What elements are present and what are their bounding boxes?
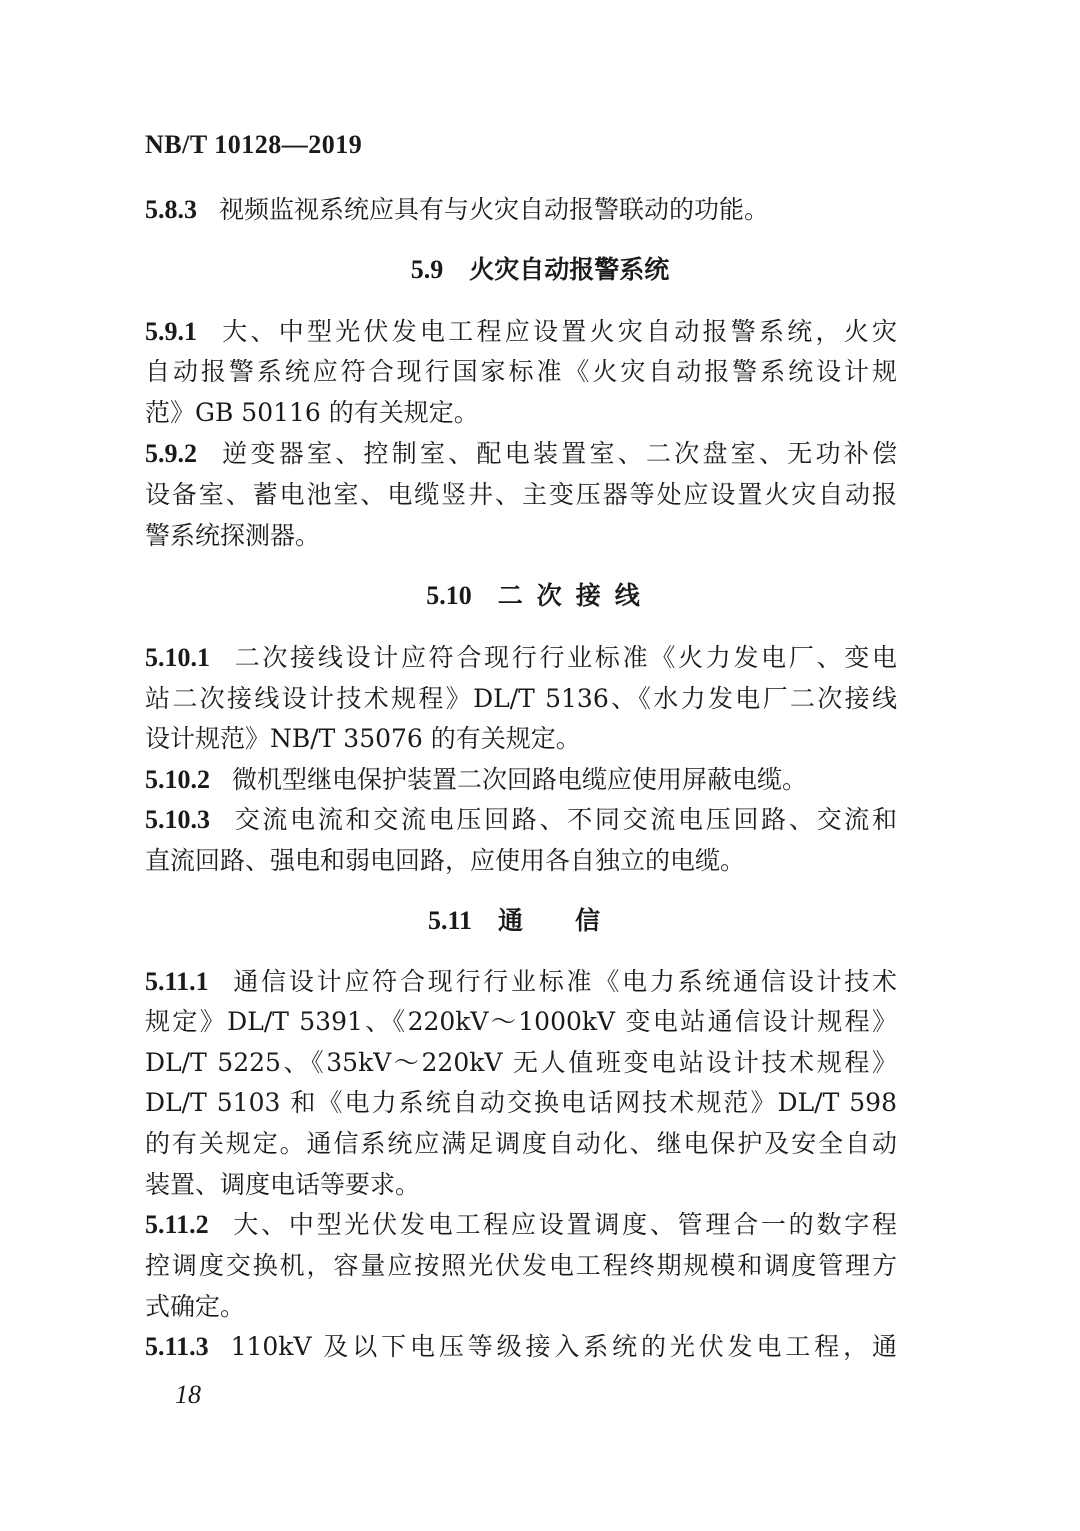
section-heading-5-10: 5.10二次接线 xyxy=(0,579,1080,613)
clause-text: 微机型继电保护装置二次回路电缆应使用屏蔽电缆。 xyxy=(232,765,807,794)
section-title: 二次接线 xyxy=(498,581,654,610)
clause-line: 控调度交换机，容量应按照光伏发电工程终期规模和调度管理方 xyxy=(145,1249,897,1283)
clause-number: 5.10.3 xyxy=(145,803,210,837)
clause-text: 视频监视系统应具有与火灾自动报警联动的功能。 xyxy=(219,195,769,224)
clause-text: 110kV 及以下电压等级接入系统的光伏发电工程，通 xyxy=(231,1332,897,1361)
clause-line: 的有关规定。通信系统应满足调度自动化、继电保护及安全自动 xyxy=(145,1127,897,1161)
clause-line: 直流回路、强电和弱电回路，应使用各自独立的电缆。 xyxy=(145,844,897,878)
clause-5-10-3: 5.10.3交流电流和交流电压回路、不同交流电压回路、交流和 xyxy=(145,803,897,837)
clause-line: 装置、调度电话等要求。 xyxy=(145,1168,897,1202)
clause-text: 大、中型光伏发电工程应设置调度、管理合一的数字程 xyxy=(231,1210,897,1239)
clause-line: 规定》DL/T 5391、《220kV～1000kV 变电站通信设计规程》 xyxy=(145,1005,897,1039)
section-number: 5.11 xyxy=(428,906,472,935)
clause-line: DL/T 5225、《35kV～220kV 无人值班变电站设计技术规程》 xyxy=(145,1046,897,1080)
section-number: 5.9 xyxy=(411,255,444,284)
section-title: 火灾自动报警系统 xyxy=(469,255,669,284)
clause-line: 站二次接线设计技术规程》DL/T 5136、《水力发电厂二次接线 xyxy=(145,682,897,716)
clause-line: DL/T 5103 和《电力系统自动交换电话网技术规范》DL/T 598 xyxy=(145,1086,897,1120)
clause-number: 5.9.1 xyxy=(145,315,197,349)
clause-number: 5.11.2 xyxy=(145,1208,209,1242)
clause-5-9-2: 5.9.2逆变器室、控制室、配电装置室、二次盘室、无功补偿 xyxy=(145,437,897,471)
clause-5-11-1: 5.11.1通信设计应符合现行行业标准《电力系统通信设计技术 xyxy=(145,965,897,999)
section-heading-5-9: 5.9火灾自动报警系统 xyxy=(0,253,1080,287)
section-heading-5-11: 5.11通信 xyxy=(0,904,1080,938)
clause-number: 5.10.1 xyxy=(145,641,210,675)
clause-line: 设备室、蓄电池室、电缆竖井、主变压器等处应设置火灾自动报 xyxy=(145,478,897,512)
clause-number: 5.10.2 xyxy=(145,763,210,797)
clause-5-10-2: 5.10.2微机型继电保护装置二次回路电缆应使用屏蔽电缆。 xyxy=(145,763,897,797)
clause-number: 5.11.1 xyxy=(145,965,209,999)
document-page: NB/T 10128—2019 5.8.3视频监视系统应具有与火灾自动报警联动的… xyxy=(0,0,1080,1531)
clause-text: 二次接线设计应符合现行行业标准《火力发电厂、变电 xyxy=(232,643,897,672)
section-title: 通信 xyxy=(498,906,652,935)
clause-text: 交流电流和交流电压回路、不同交流电压回路、交流和 xyxy=(232,805,897,834)
clause-5-11-2: 5.11.2大、中型光伏发电工程应设置调度、管理合一的数字程 xyxy=(145,1208,897,1242)
clause-text: 大、中型光伏发电工程应设置火灾自动报警系统，火灾 xyxy=(219,317,897,346)
clause-5-10-1: 5.10.1二次接线设计应符合现行行业标准《火力发电厂、变电 xyxy=(145,641,897,675)
clause-line: 设计规范》NB/T 35076 的有关规定。 xyxy=(145,722,897,756)
clause-number: 5.11.3 xyxy=(145,1330,209,1364)
clause-line: 自动报警系统应符合现行国家标准《火灾自动报警系统设计规 xyxy=(145,355,897,389)
clause-line: 范》GB 50116 的有关规定。 xyxy=(145,396,897,430)
clause-5-9-1: 5.9.1大、中型光伏发电工程应设置火灾自动报警系统，火灾 xyxy=(145,315,897,349)
clause-text: 逆变器室、控制室、配电装置室、二次盘室、无功补偿 xyxy=(219,439,897,468)
page-number: 18 xyxy=(175,1380,201,1410)
clause-number: 5.8.3 xyxy=(145,193,197,227)
standard-code: NB/T 10128—2019 xyxy=(145,130,362,160)
clause-5-11-3: 5.11.3110kV 及以下电压等级接入系统的光伏发电工程，通 xyxy=(145,1330,897,1364)
clause-line: 式确定。 xyxy=(145,1290,897,1324)
clause-5-8-3: 5.8.3视频监视系统应具有与火灾自动报警联动的功能。 xyxy=(145,193,897,227)
section-number: 5.10 xyxy=(426,581,472,610)
clause-text: 通信设计应符合现行行业标准《电力系统通信设计技术 xyxy=(231,967,897,996)
clause-number: 5.9.2 xyxy=(145,437,197,471)
clause-line: 警系统探测器。 xyxy=(145,519,897,553)
